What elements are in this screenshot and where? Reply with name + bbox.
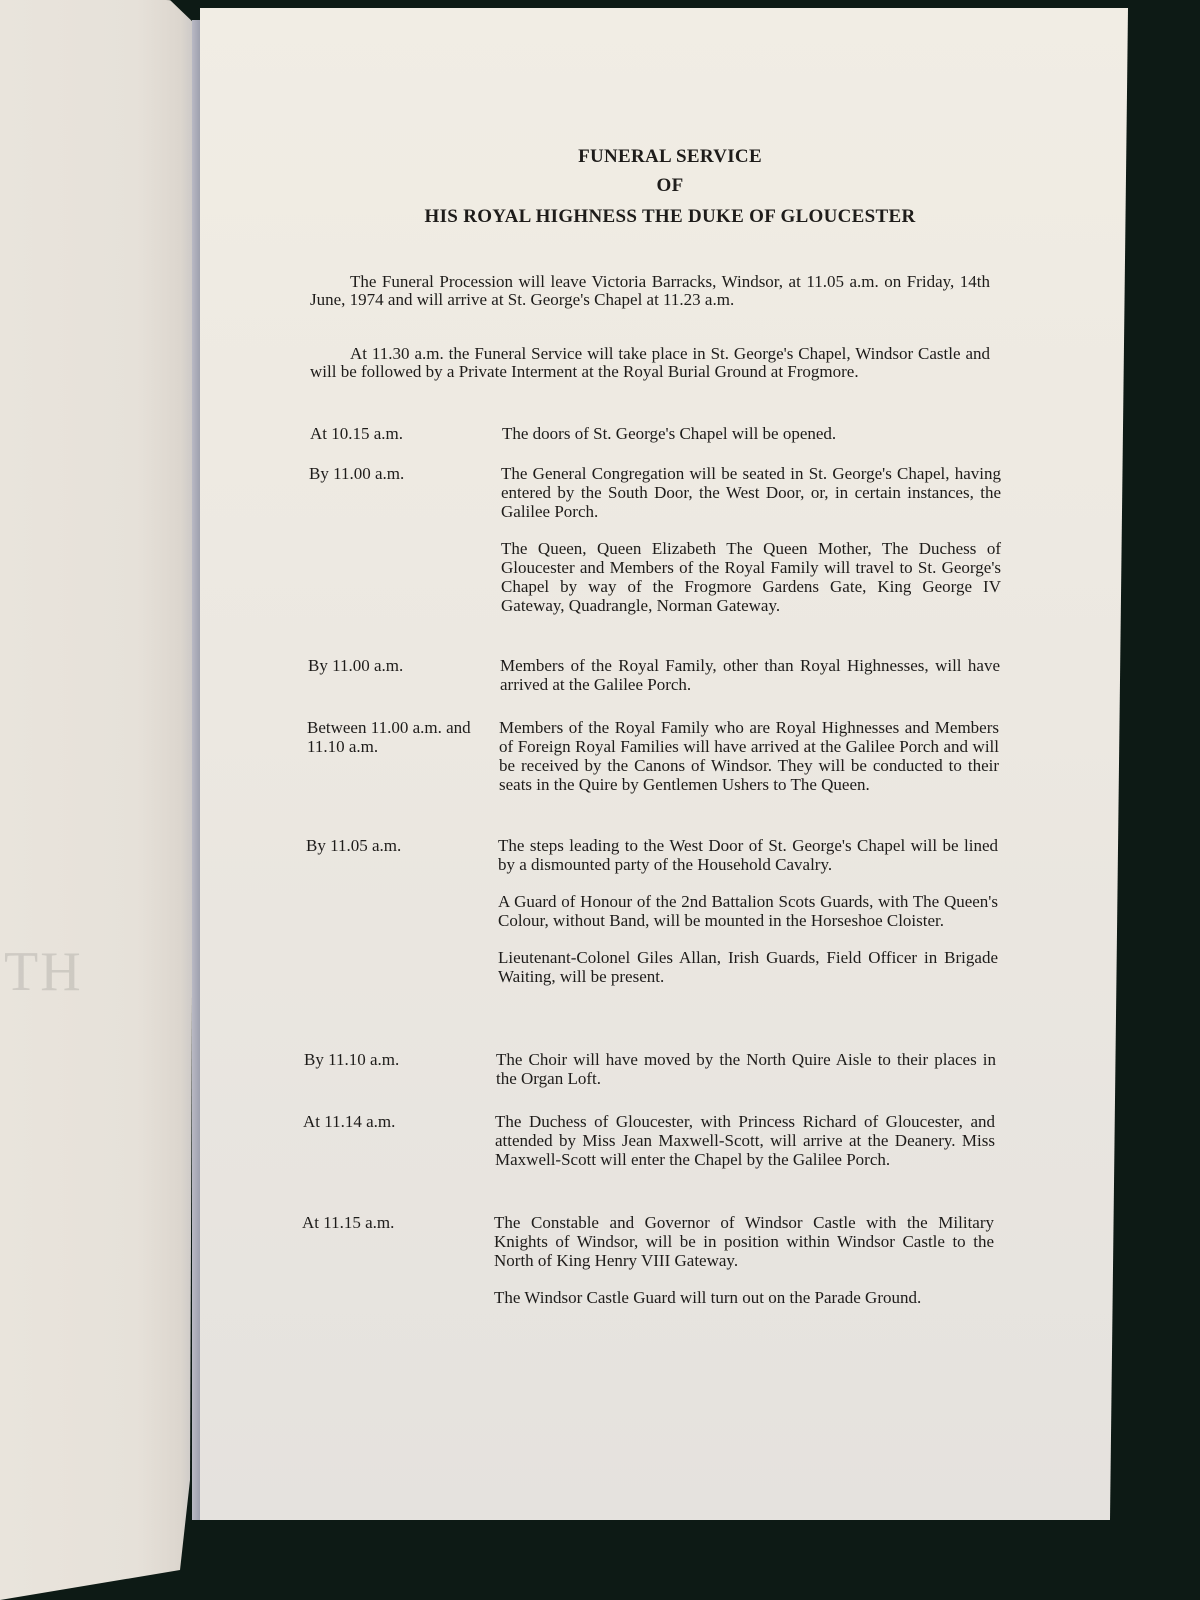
- schedule-description: The Constable and Governor of Windsor Ca…: [494, 1213, 994, 1307]
- schedule-row: At 11.15 a.m.The Constable and Governor …: [302, 1213, 994, 1307]
- schedule-time: At 11.15 a.m.: [302, 1213, 494, 1307]
- title-line-3: HIS ROYAL HIGHNESS THE DUKE OF GLOUCESTE…: [300, 206, 1040, 228]
- schedule-paragraph: The Duchess of Gloucester, with Princess…: [495, 1112, 995, 1169]
- title-line-1: FUNERAL SERVICE: [300, 146, 1040, 168]
- schedule-paragraph: Members of the Royal Family, other than …: [500, 656, 1000, 694]
- schedule-paragraph: The General Congregation will be seated …: [501, 464, 1001, 521]
- schedule-description: The Choir will have moved by the North Q…: [496, 1050, 996, 1088]
- schedule-row: By 11.10 a.m.The Choir will have moved b…: [304, 1050, 996, 1088]
- schedule-time: At 11.14 a.m.: [303, 1112, 495, 1169]
- left-page: TH: [0, 0, 196, 1600]
- schedule-row: By 11.00 a.m.The General Congregation wi…: [309, 464, 1001, 615]
- schedule-time: By 11.00 a.m.: [309, 464, 501, 615]
- schedule-description: The General Congregation will be seated …: [501, 464, 1001, 615]
- schedule-description: Members of the Royal Family who are Roya…: [499, 718, 999, 794]
- schedule-time: By 11.05 a.m.: [306, 836, 498, 986]
- schedule-paragraph: Members of the Royal Family who are Roya…: [499, 718, 999, 794]
- schedule-paragraph: Lieutenant-Colonel Giles Allan, Irish Gu…: [498, 948, 998, 986]
- schedule-time: At 10.15 a.m.: [310, 424, 502, 443]
- schedule-paragraph: The Choir will have moved by the North Q…: [496, 1050, 996, 1088]
- intro-paragraph-1: The Funeral Procession will leave Victor…: [310, 273, 1010, 309]
- schedule-description: Members of the Royal Family, other than …: [500, 656, 1000, 694]
- schedule-paragraph: The steps leading to the West Door of St…: [498, 836, 998, 874]
- title-line-2: OF: [300, 175, 1040, 197]
- schedule-row: At 10.15 a.m.The doors of St. George's C…: [310, 424, 1002, 443]
- schedule-time: Between 11.00 a.m. and 11.10 a.m.: [307, 718, 499, 794]
- schedule-time: By 11.00 a.m.: [308, 656, 500, 694]
- schedule-row: At 11.14 a.m.The Duchess of Gloucester, …: [303, 1112, 995, 1169]
- schedule-description: The steps leading to the West Door of St…: [498, 836, 998, 986]
- schedule-paragraph: The Queen, Queen Elizabeth The Queen Mot…: [501, 539, 1001, 615]
- schedule-row: Between 11.00 a.m. and 11.10 a.m.Members…: [307, 718, 999, 794]
- schedule-description: The Duchess of Gloucester, with Princess…: [495, 1112, 995, 1169]
- schedule-paragraph: The doors of St. George's Chapel will be…: [502, 424, 1002, 443]
- schedule-paragraph: The Constable and Governor of Windsor Ca…: [494, 1213, 994, 1270]
- schedule-row: By 11.00 a.m.Members of the Royal Family…: [308, 656, 1000, 694]
- left-page-ghost-text: TH: [4, 940, 83, 1004]
- book-spine: [192, 20, 200, 1520]
- schedule-description: The doors of St. George's Chapel will be…: [502, 424, 1002, 443]
- schedule-time: By 11.10 a.m.: [304, 1050, 496, 1088]
- schedule-paragraph: The Windsor Castle Guard will turn out o…: [494, 1288, 994, 1307]
- schedule-row: By 11.05 a.m.The steps leading to the We…: [306, 836, 998, 986]
- intro-paragraph-2: At 11.30 a.m. the Funeral Service will t…: [310, 345, 1010, 381]
- schedule-paragraph: A Guard of Honour of the 2nd Battalion S…: [498, 892, 998, 930]
